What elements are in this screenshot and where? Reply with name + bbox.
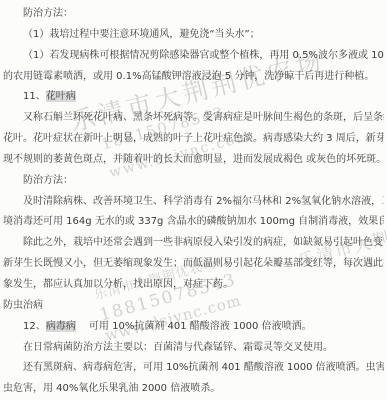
document-line: 防治方法： — [3, 4, 384, 25]
text-run: 12、 — [23, 321, 46, 332]
text-run: 又称石斛兰坏死花叶病、黑条坏死病等。受害病症是叶脉间生褐色的条斑，后呈条纹状 — [23, 112, 384, 123]
document-line: 及时清除病株、改善环境卫生、科学消毒有 2%福尔马林和 2%氢氧化钠水溶液，工具… — [3, 192, 384, 213]
document-line: 的农用链霉素喷洒，或用 0.1%高锰酸钾溶液浸泡 5 分钟，洗净晾干后再进行种植… — [3, 67, 384, 88]
text-run: 防治方法： — [23, 8, 73, 19]
text-run: 在日常病菌防治方法主要以：百菌清与代森锰锌、霜霉灵等交叉使用。 — [23, 342, 333, 353]
text-run: 境消毒还可用 164g 无水的或 337g 含晶水的磷酸钠加水 100mg 自制… — [3, 216, 384, 227]
text-run: 新芽生长既慢又小，但无萎缩现象发生；而低温则易引起花朵瓣基部变红等，每次遇此类现 — [3, 258, 384, 269]
text-run: 花叶。花叶症状在新叶上明显，成熟的叶子上花叶症色淡。病毒感染大约 3 周后，新芽… — [3, 133, 384, 144]
document-line: 在日常病菌防治方法主要以：百菌清与代森锰锌、霜霉灵等交叉使用。 — [3, 338, 384, 359]
document-line: 除此之外，栽培中还常会遇到一些非病原侵入染引发的病症，如缺氮易引起叶色变黄， — [3, 233, 384, 254]
document-line: 境消毒还可用 164g 无水的或 337g 含晶水的磷酸钠加水 100mg 自制… — [3, 212, 384, 233]
text-run: 除此之外，栽培中还常会遇到一些非病原侵入染引发的病症，如缺氮易引起叶色变黄， — [23, 237, 384, 248]
text-run: （1）栽培过程中要注意环境通风，避免浇“当头水”； — [23, 29, 260, 40]
text-run: 象发生，都应认真加以分析，找出原因，对症下药。 — [3, 279, 233, 290]
text-run: 虫危害，用 40%氧化乐果乳油 2000 倍液喷杀。 — [3, 383, 220, 394]
document-line: 象发生，都应认真加以分析，找出原因，对症下药。 — [3, 275, 384, 296]
text-run: （1）若发现病株可根据情况剪除感染器官或整个植株，再用 0.5%波尔多液或 10… — [23, 50, 384, 61]
document-line: （1）栽培过程中要注意环境通风，避免浇“当头水”； — [3, 25, 384, 46]
text-run: 可用 10%抗菌剂 401 醋酸溶液 1000 倍液喷洒。 — [76, 321, 312, 332]
section-heading-line: 12、病毒病 可用 10%抗菌剂 401 醋酸溶液 1000 倍液喷洒。 — [3, 317, 384, 338]
document-page: 防治方法：（1）栽培过程中要注意环境通风，避免浇“当头水”；（1）若发现病株可根… — [0, 0, 387, 400]
text-run: 11、 — [23, 91, 46, 102]
text-run: 防虫治病 — [3, 300, 43, 311]
document-line: 防虫治病 — [3, 296, 384, 317]
highlighted-term: 花叶病 — [46, 91, 76, 102]
text-run: 防治方法： — [23, 175, 73, 186]
section-heading-line: 11、花叶病 — [3, 87, 384, 108]
document-line: 又称石斛兰坏死花叶病、黑条坏死病等。受害病症是叶脉间生褐色的条斑，后呈条纹状 — [3, 108, 384, 129]
document-line: 现不规则的萎黄色斑点，并随着叶的长大而愈明显，进而发展成褐色 或灰色的坏死斑。 — [3, 150, 384, 171]
document-line: 还有黑斑病、病毒病危害，可用 10%抗菌剂 401 醋酸溶液 1000 倍液喷洒… — [3, 358, 384, 379]
document-line: 新芽生长既慢又小，但无萎缩现象发生；而低温则易引起花朵瓣基部变红等，每次遇此类现 — [3, 254, 384, 275]
document-body: 防治方法：（1）栽培过程中要注意环境通风，避免浇“当头水”；（1）若发现病株可根… — [3, 4, 384, 400]
text-run: 还有黑斑病、病毒病危害，可用 10%抗菌剂 401 醋酸溶液 1000 倍液喷洒… — [23, 362, 384, 373]
highlighted-term: 病毒病 — [46, 321, 76, 332]
document-line: 防治方法： — [3, 171, 384, 192]
text-run: 及时清除病株、改善环境卫生、科学消毒有 2%福尔马林和 2%氢氧化钠水溶液，工具… — [23, 196, 384, 207]
text-run: 现不规则的萎黄色斑点，并随着叶的长大而愈明显，进而发展成褐色 或灰色的坏死斑。 — [3, 154, 384, 165]
text-run: 的农用链霉素喷洒，或用 0.1%高锰酸钾溶液浸泡 5 分钟，洗净晾干后再进行种植… — [3, 71, 374, 82]
document-line: 花叶。花叶症状在新叶上明显，成熟的叶子上花叶症色淡。病毒感染大约 3 周后，新芽… — [3, 129, 384, 150]
document-line: 虫危害，用 40%氧化乐果乳油 2000 倍液喷杀。 — [3, 379, 384, 400]
document-line: （1）若发现病株可根据情况剪除感染器官或整个植株，再用 0.5%波尔多液或 10… — [3, 46, 384, 67]
